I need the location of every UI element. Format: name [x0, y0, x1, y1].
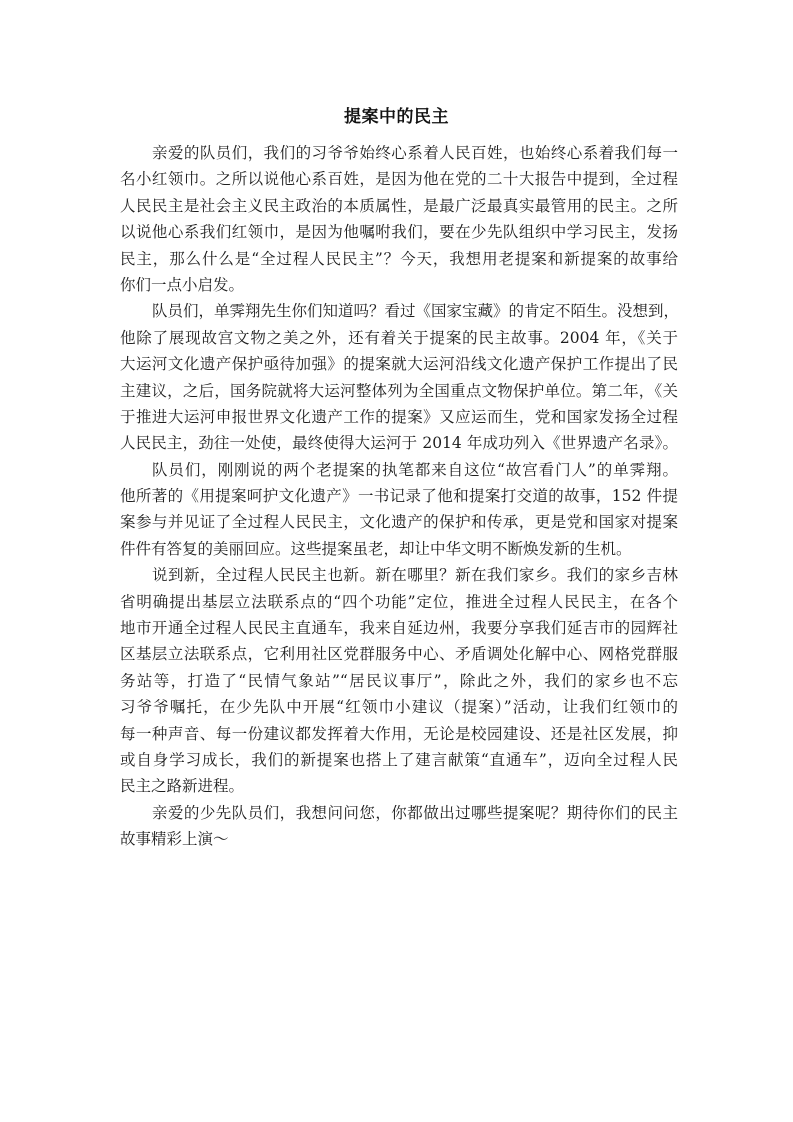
text-line: 或自身学习成长，我们的新提案也搭上了建言献策“直通车”，迈向全过程人民	[120, 747, 678, 773]
text-line: 地市开通全过程人民民主直通车，我来自延边州，我要分享我们延吉市的园辉社	[120, 615, 678, 641]
text-line: 务站等，打造了“民情气象站”“居民议事厅”，除此之外，我们的家乡也不忘	[120, 668, 678, 694]
paragraph: 亲爱的队员们，我们的习爷爷始终心系着人民百姓，也始终心系着我们每一 名小红领巾。…	[120, 140, 678, 298]
text-line: 故事精彩上演～	[120, 826, 678, 852]
text-line: 他所著的《用提案呵护文化遗产》一书记录了他和提案打交道的故事，152 件提	[120, 483, 678, 509]
paragraph: 说到新，全过程人民民主也新。新在哪里？新在我们家乡。我们的家乡吉林 省明确提出基…	[120, 562, 678, 800]
text-line: 人民民主，劲往一处使，最终使得大运河于 2014 年成功列入《世界遗产名录》。	[120, 430, 678, 456]
text-line: 人民民主是社会主义民主政治的本质属性，是最广泛最真实最管用的民主。之所	[120, 193, 678, 219]
text-line: 区基层立法联系点，它利用社区党群服务中心、矛盾调处化解中心、网格党群服	[120, 641, 678, 667]
text-line: 你们一点小启发。	[120, 272, 678, 298]
document-title: 提案中的民主	[0, 105, 793, 129]
paragraph: 亲爱的少先队员们，我想问问您，你都做出过哪些提案呢？期待你们的民主 故事精彩上演…	[120, 800, 678, 853]
text-line: 亲爱的少先队员们，我想问问您，你都做出过哪些提案呢？期待你们的民主	[120, 800, 678, 826]
text-line: 他除了展现故宫文物之美之外，还有着关于提案的民主故事。2004 年，《关于	[120, 325, 678, 351]
text-line: 亲爱的队员们，我们的习爷爷始终心系着人民百姓，也始终心系着我们每一	[120, 140, 678, 166]
text-line: 省明确提出基层立法联系点的“四个功能”定位，推进全过程人民民主，在各个	[120, 589, 678, 615]
paragraph: 队员们，刚刚说的两个老提案的执笔都来自这位“故宫看门人”的单霁翔。 他所著的《用…	[120, 457, 678, 563]
text-line: 于推进大运河申报世界文化遗产工作的提案》又应运而生，党和国家发扬全过程	[120, 404, 678, 430]
text-line: 以说他心系我们红领巾，是因为他嘱咐我们，要在少先队组织中学习民主，发扬	[120, 219, 678, 245]
text-line: 民主之路新进程。	[120, 773, 678, 799]
text-line: 每一种声音、每一份建议都发挥着大作用，无论是校园建设、还是社区发展，抑	[120, 721, 678, 747]
text-line: 民主，那么什么是“全过程人民民主”？今天，我想用老提案和新提案的故事给	[120, 246, 678, 272]
document-page: 提案中的民主 亲爱的队员们，我们的习爷爷始终心系着人民百姓，也始终心系着我们每一…	[0, 0, 793, 1122]
text-line: 说到新，全过程人民民主也新。新在哪里？新在我们家乡。我们的家乡吉林	[120, 562, 678, 588]
text-line: 主建议，之后，国务院就将大运河整体列为全国重点文物保护单位。第二年，《关	[120, 378, 678, 404]
text-line: 队员们，刚刚说的两个老提案的执笔都来自这位“故宫看门人”的单霁翔。	[120, 457, 678, 483]
text-line: 案参与并见证了全过程人民民主，文化遗产的保护和传承，更是党和国家对提案	[120, 509, 678, 535]
text-line: 名小红领巾。之所以说他心系百姓，是因为他在党的二十大报告中提到，全过程	[120, 166, 678, 192]
text-line: 大运河文化遗产保护亟待加强》的提案就大运河沿线文化遗产保护工作提出了民	[120, 351, 678, 377]
document-body: 亲爱的队员们，我们的习爷爷始终心系着人民百姓，也始终心系着我们每一 名小红领巾。…	[120, 140, 678, 853]
text-line: 习爷爷嘱托，在少先队中开展“红领巾小建议（提案）”活动，让我们红领巾的	[120, 694, 678, 720]
text-line: 件件有答复的美丽回应。这些提案虽老，却让中华文明不断焕发新的生机。	[120, 536, 678, 562]
text-line: 队员们，单霁翔先生你们知道吗？看过《国家宝藏》的肯定不陌生。没想到，	[120, 298, 678, 324]
paragraph: 队员们，单霁翔先生你们知道吗？看过《国家宝藏》的肯定不陌生。没想到， 他除了展现…	[120, 298, 678, 456]
